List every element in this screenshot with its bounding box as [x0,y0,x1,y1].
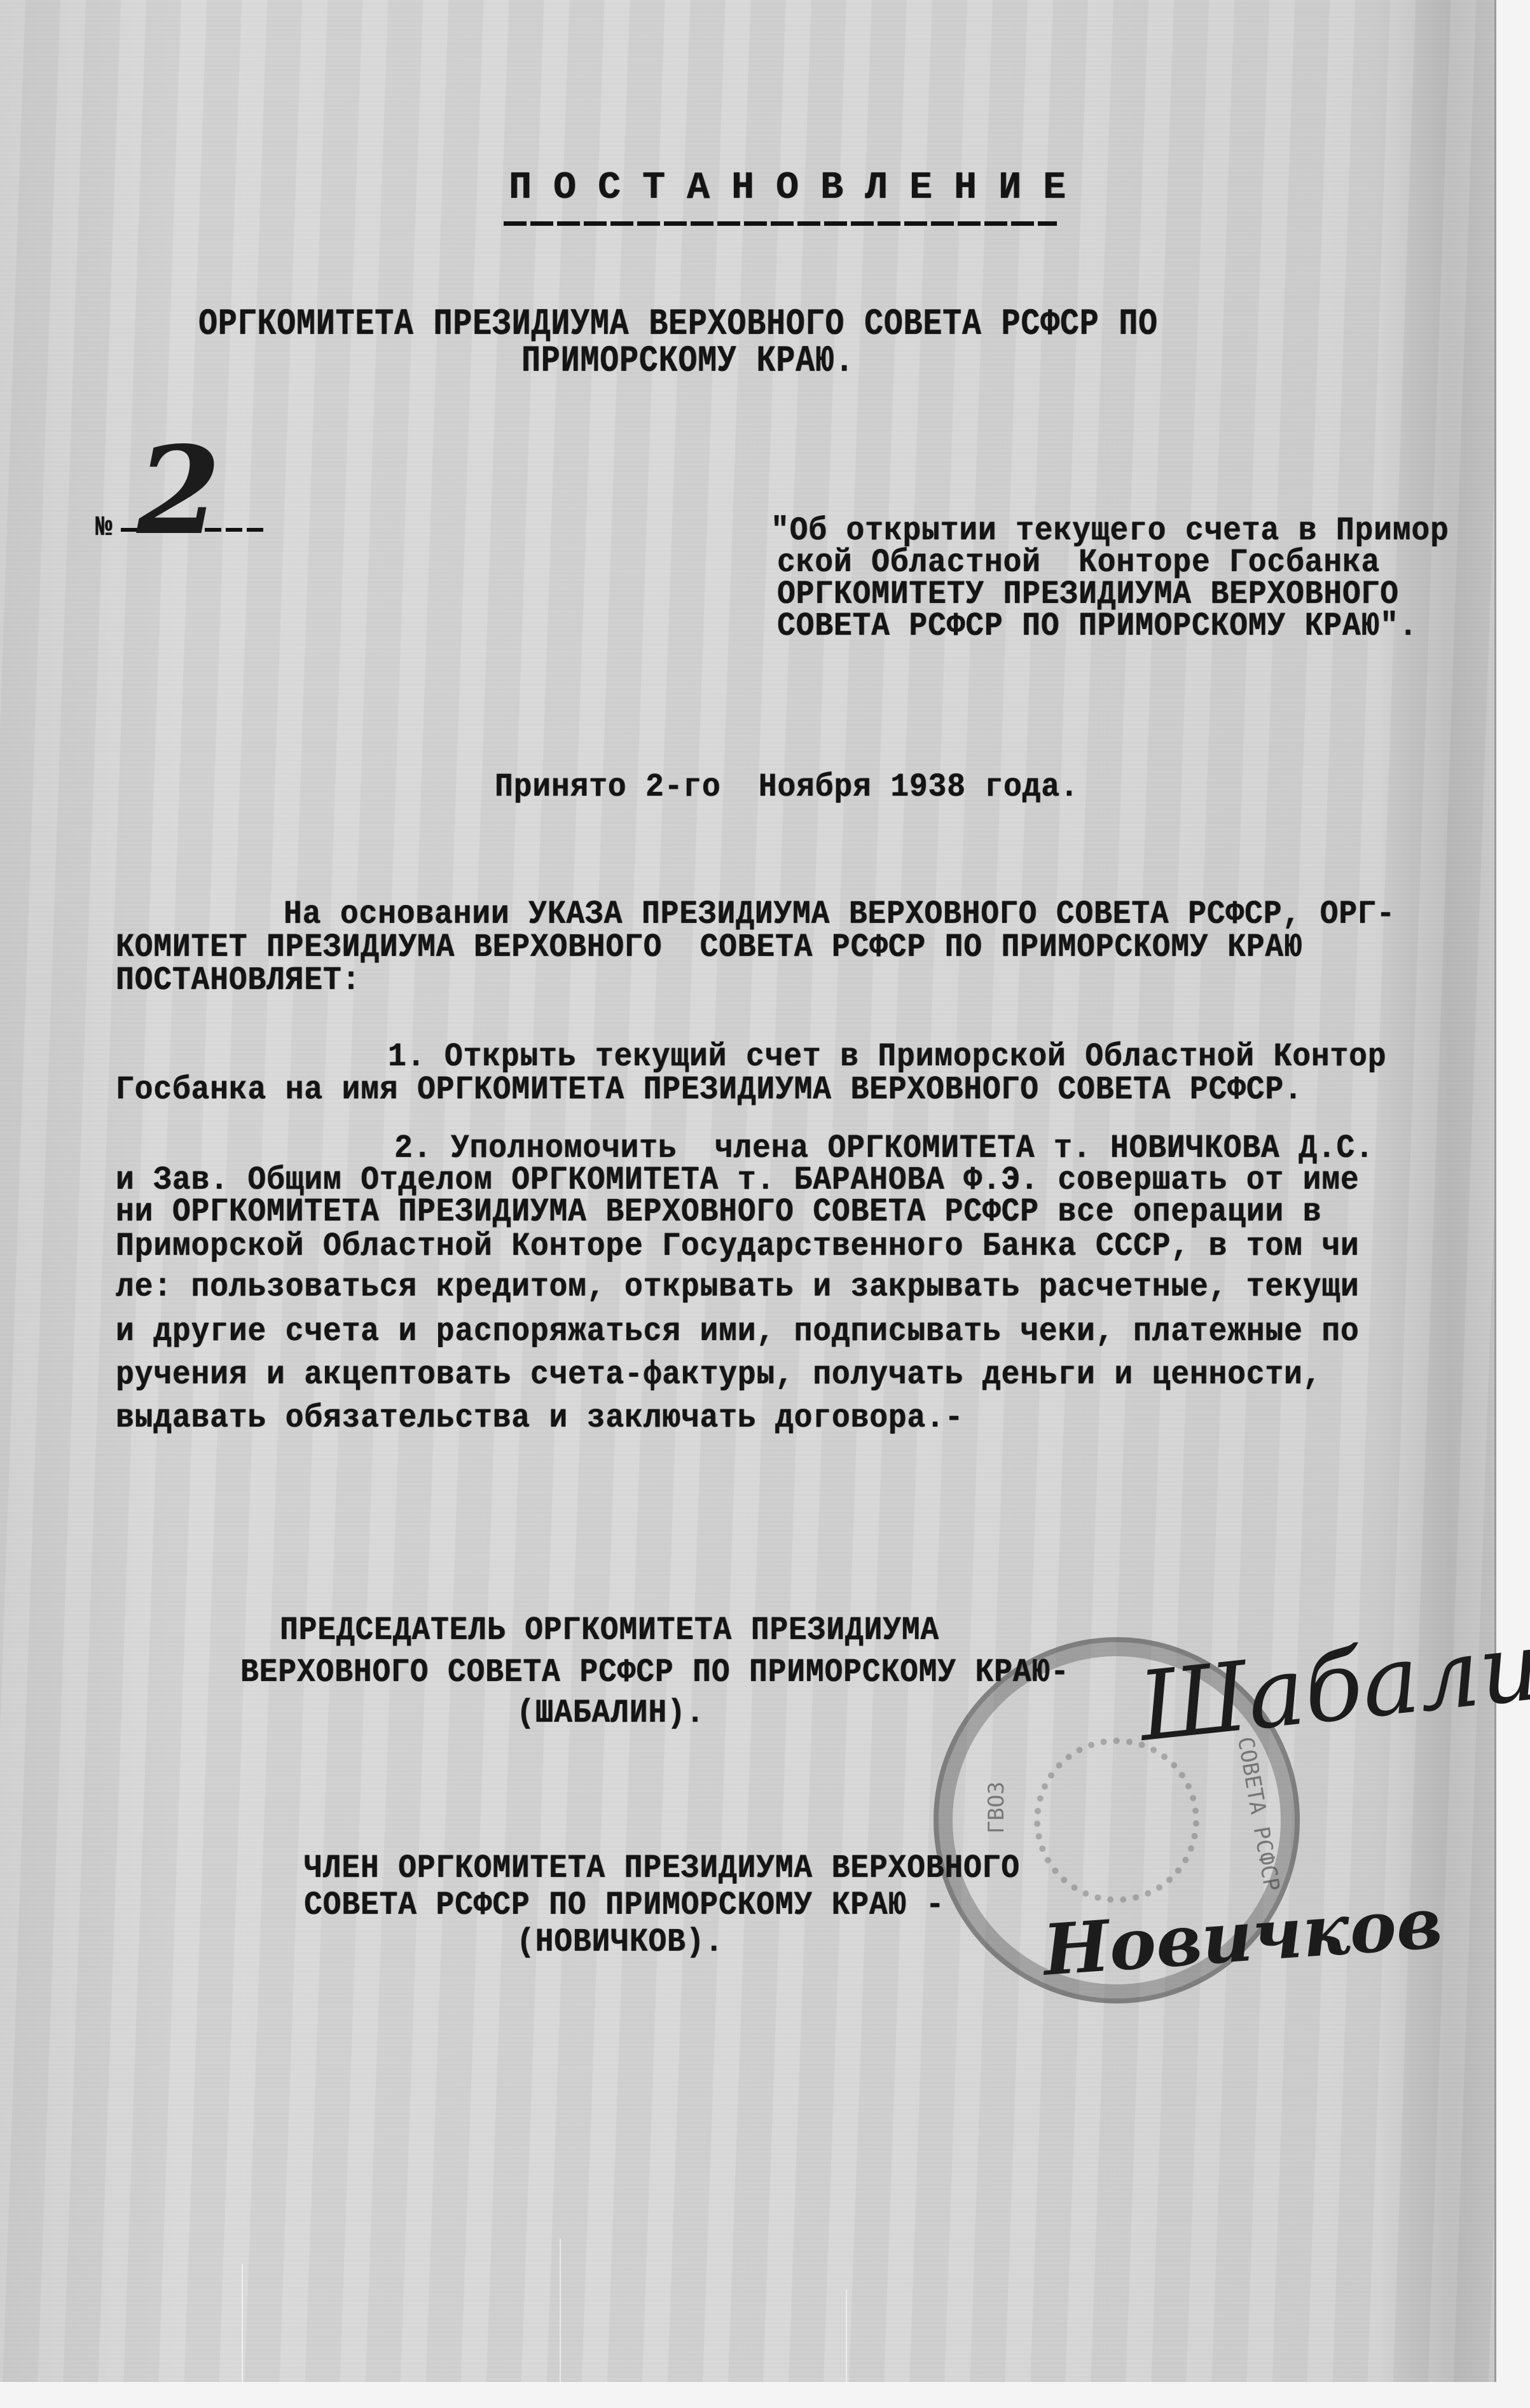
preamble-line: ПОСТАНОВЛЯЕТ: [116,962,361,999]
signatory-title-line: ЧЛЕН ОРГКОМИТЕТА ПРЕЗИДИУМА ВЕРХОВНОГО [304,1850,1020,1887]
title-underline [504,221,1057,226]
paper-crease [560,2239,561,2385]
handwritten-number: 2 [137,420,221,562]
signatory-name: (ШАБАЛИН). [516,1694,705,1732]
signatory-title-line: СОВЕТА РСФСР ПО ПРИМОРСКОМУ КРАЮ - [304,1886,944,1924]
item-line: и другие счета и распоряжаться ими, подп… [116,1313,1360,1350]
number-label: № [95,512,113,544]
stamp-text-left: ГВОЗ [984,1782,1009,1834]
item-line: ле: пользоваться кредитом, открывать и з… [116,1268,1360,1306]
item-line: выдавать обязательства и заключать догов… [116,1399,963,1437]
stamp-text-right: СОВЕТА РСФСР [1232,1735,1285,1893]
item-line: Госбанка на имя ОРГКОМИТЕТА ПРЕЗИДИУМА В… [116,1071,1303,1109]
preamble-line: КОМИТЕТ ПРЕЗИДИУМА ВЕРХОВНОГО СОВЕТА РСФ… [116,929,1303,966]
stamp-emblem-icon [1034,1738,1199,1903]
handwritten-signature-chairman: Шабалин [1134,1604,1530,1763]
subject-line: СОВЕТА РСФСР ПО ПРИМОРСКОМУ КРАЮ". [777,607,1417,645]
item-line: Приморской Областной Конторе Государстве… [116,1228,1360,1265]
preamble-line: На основании УКАЗА ПРЕЗИДИУМА ВЕРХОВНОГО… [284,896,1395,933]
paper-crease [846,2290,847,2385]
signatory-title-line: ПРЕДСЕДАТЕЛЬ ОРГКОМИТЕТА ПРЕЗИДИУМА [280,1612,939,1649]
item-line: ручения и акцептовать счета-фактуры, пол… [116,1356,1321,1394]
adoption-date: Принято 2-го Ноября 1938 года. [495,768,1079,806]
document-title: ПОСТАНОВЛЕНИЕ [509,167,1087,210]
issuer-line-1: ОРГКОМИТЕТА ПРЕЗИДИУМА ВЕРХОВНОГО СОВЕТА… [198,304,1158,345]
signatory-title-line: ВЕРХОВНОГО СОВЕТА РСФСР ПО ПРИМОРСКОМУ К… [240,1654,1070,1691]
item-line: 1. Открыть текущий счет в Приморской Обл… [388,1038,1386,1076]
document-page: ПОСТАНОВЛЕНИЕ ОРГКОМИТЕТА ПРЕЗИДИУМА ВЕР… [0,0,1496,2382]
issuer-line-2: ПРИМОРСКОМУ КРАЮ. [521,341,854,382]
item-line: ни ОРГКОМИТЕТА ПРЕЗИДИУМА ВЕРХОВНОГО СОВ… [116,1193,1321,1231]
signatory-name: (НОВИЧКОВ). [516,1923,724,1961]
paper-crease [242,2264,243,2385]
